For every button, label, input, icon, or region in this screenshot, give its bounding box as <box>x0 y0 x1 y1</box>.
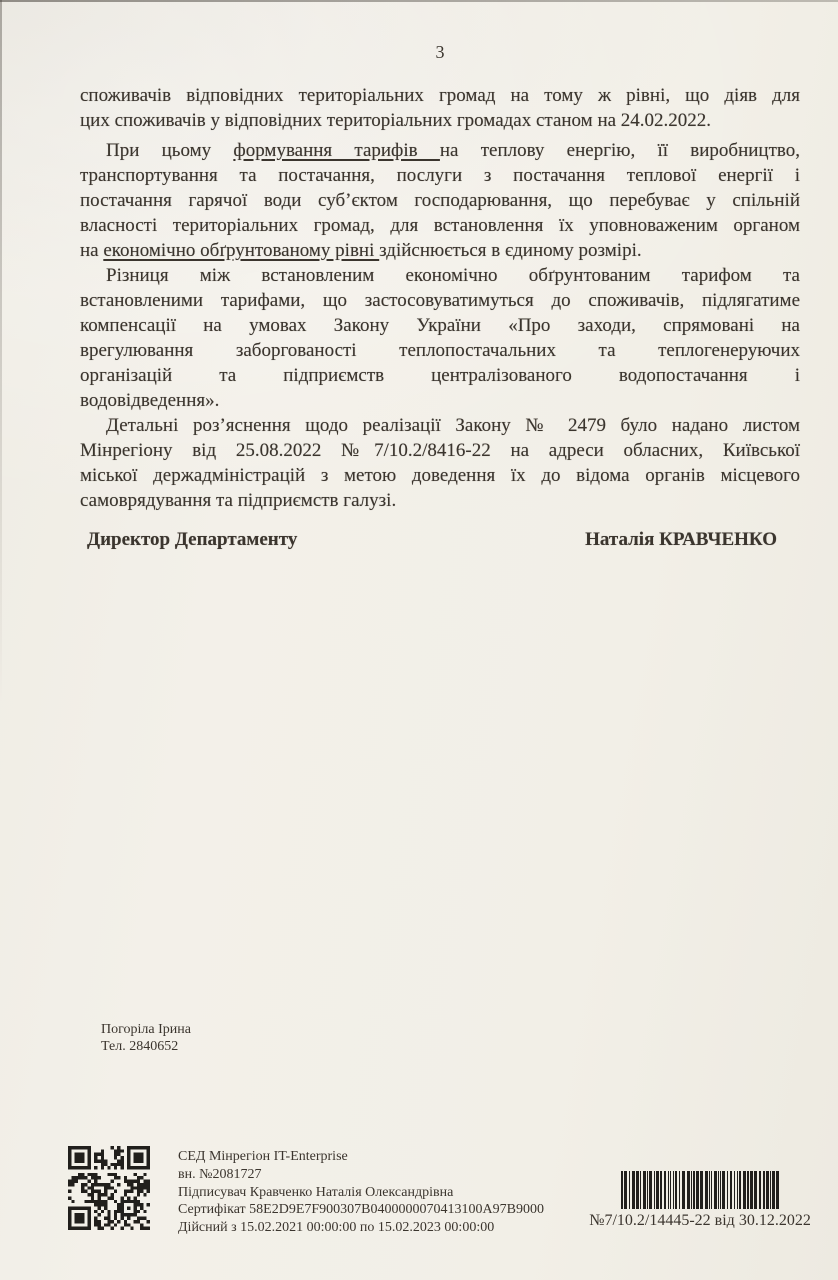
text-line: врегулювання заборгованості теплопостача… <box>80 338 800 363</box>
signature-title: Директор Департаменту <box>87 529 297 551</box>
text-line: встановленими тарифами, що застосовувати… <box>80 288 800 313</box>
stamp-line: Дійсний з 15.02.2021 00:00:00 по 15.02.2… <box>178 1219 544 1237</box>
text-line: самоврядування та підприємств галузі. <box>80 488 800 513</box>
barcode-icon <box>621 1171 779 1209</box>
text-line: Різниця між встановленим економічно обґр… <box>80 263 800 288</box>
text-line: транспортування та постачання, послуги з… <box>80 163 800 188</box>
text-line: Детальні роз’яснення щодо реалізації Зак… <box>80 413 800 438</box>
text-line: Мінрегіону від 25.08.2022 №7/10.2/8416-2… <box>80 438 800 463</box>
scan-edge-artifact-top <box>0 0 838 2</box>
paragraph: Детальні роз’яснення щодо реалізації Зак… <box>80 413 800 513</box>
text-line: власності територіальних громад, для вст… <box>80 213 800 238</box>
signature-row: Директор Департаменту Наталія КРАВЧЕНКО <box>87 529 777 551</box>
paragraph: Різниця між встановленим економічно обґр… <box>80 263 800 413</box>
stamp-line: СЕД Мінрегіон IT-Enterprise <box>178 1148 544 1166</box>
contact-phone: Тел. 2840652 <box>101 1038 191 1055</box>
text-line: водовідведення». <box>80 388 800 413</box>
signature-name: Наталія КРАВЧЕНКО <box>585 529 777 551</box>
paragraph: При цьому формування тарифів на теплову … <box>80 138 800 263</box>
scan-edge-artifact-left <box>0 0 2 704</box>
text-line: на економічно обґрунтованому рівні здійс… <box>80 238 800 263</box>
paragraph: споживачів відповідних територіальних гр… <box>80 83 800 133</box>
text-line: цих споживачів у відповідних територіаль… <box>80 108 800 133</box>
text-line: споживачів відповідних територіальних гр… <box>80 83 800 108</box>
stamp-line: Сертифікат 58E2D9E7F900307B0400000070413… <box>178 1201 544 1219</box>
text-line: компенсації на умовах Закону України «Пр… <box>80 313 800 338</box>
stamp-lines: СЕД Мінрегіон IT-Enterprise вн. №2081727… <box>178 1146 544 1237</box>
registration-number: №7/10.2/14445-22 від 30.12.2022 <box>580 1212 820 1230</box>
document-page: 3 споживачів відповідних територіальних … <box>0 0 838 1280</box>
qr-code-icon <box>68 1146 150 1230</box>
text-line: постачання гарячої води суб’єктом господ… <box>80 188 800 213</box>
stamp-line: Підписувач Кравченко Наталія Олександрів… <box>178 1184 544 1202</box>
contact-block: Погоріла Ірина Тел. 2840652 <box>101 1021 191 1055</box>
body-text: споживачів відповідних територіальних гр… <box>80 83 800 513</box>
text-line: організацій та підприємств централізован… <box>80 363 800 388</box>
registration-block: №7/10.2/14445-22 від 30.12.2022 <box>580 1171 820 1230</box>
stamp-line: вн. №2081727 <box>178 1166 544 1184</box>
text-line: міської держадміністрацій з метою доведе… <box>80 463 800 488</box>
page-number: 3 <box>80 42 800 63</box>
contact-name: Погоріла Ірина <box>101 1021 191 1038</box>
text-line: При цьому формування тарифів на теплову … <box>80 138 800 163</box>
signature-stamp-block: СЕД Мінрегіон IT-Enterprise вн. №2081727… <box>68 1146 544 1237</box>
